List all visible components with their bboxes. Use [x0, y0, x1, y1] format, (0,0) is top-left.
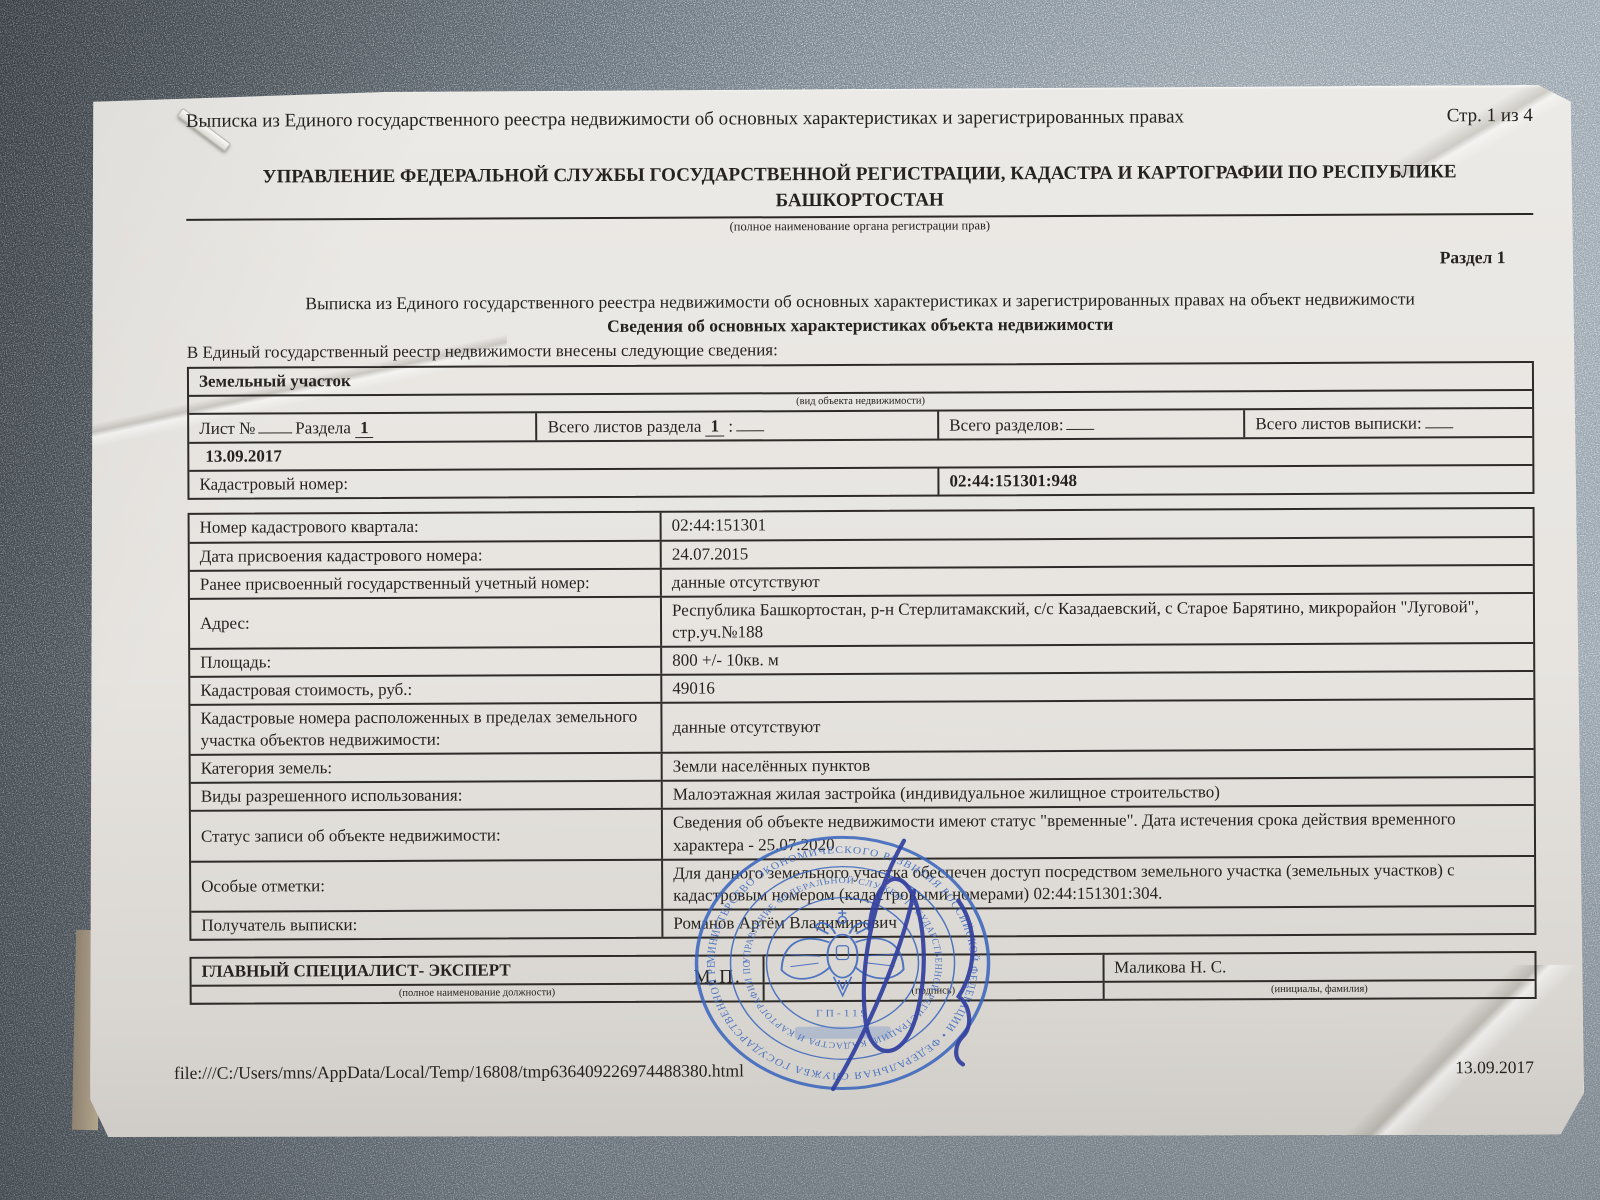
table-row: Кадастровые номера расположенных в преде…	[190, 698, 1533, 754]
field-label: Площадь:	[190, 648, 660, 676]
field-value: 49016	[660, 672, 1533, 702]
field-value: Романов Артём Владимирович	[661, 907, 1534, 937]
field-value: Малоэтажная жилая застройка (индивидуаль…	[661, 778, 1534, 808]
table-row: Особые отметки: Для данного земельного у…	[191, 855, 1534, 911]
page-header: Выписка из Единого государственного реес…	[186, 105, 1533, 133]
field-label: Номер кадастрового квартала:	[190, 513, 660, 541]
table-row: Виды разрешенного использования: Малоэта…	[191, 776, 1534, 810]
field-label: Кадастровая стоимость, руб.:	[190, 676, 660, 704]
signature-caption: (подпись)	[762, 983, 1102, 1000]
field-value: данные отсутствуют	[660, 566, 1533, 596]
cadastral-number-label: Кадастровый номер:	[189, 469, 937, 498]
signature-cell	[762, 955, 1102, 983]
position-caption: (полное наименование должности)	[192, 984, 763, 1002]
table-row: Кадастровый номер: 02:44:151301:948	[189, 464, 1532, 498]
document-title-line: Выписка из Единого государственного реес…	[186, 106, 1184, 132]
details-table: Номер кадастрового квартала: 02:44:15130…	[188, 507, 1537, 940]
razdel-value: 1	[355, 418, 374, 438]
sheet-number-cell: Лист №Раздела 1	[189, 413, 536, 442]
stamp-code: ГП-119	[816, 1008, 870, 1019]
total-sheets-label: Всего листов раздела	[548, 417, 702, 437]
total-sections-cell: Всего разделов:	[937, 410, 1243, 439]
document-content: Выписка из Единого государственного реес…	[86, 85, 1585, 1142]
org-name: УПРАВЛЕНИЕ ФЕДЕРАЛЬНОЙ СЛУЖБЫ ГОСУДАРСТВ…	[186, 159, 1533, 216]
name-caption: (инициалы, фамилия)	[1102, 981, 1535, 999]
total-sheets-cell: Всего листов раздела 1 :	[536, 412, 938, 441]
separator: :	[728, 417, 733, 436]
official-name: Маликова Н. С.	[1102, 953, 1535, 981]
blank-field	[736, 414, 764, 431]
footer-date: 13.09.2017	[1455, 1057, 1534, 1078]
section-label: Раздел 1	[186, 247, 1505, 274]
total-extract-sheets-label: Всего листов выписки:	[1255, 414, 1421, 434]
document-paper: Выписка из Единого государственного реес…	[86, 85, 1585, 1142]
characteristics-subtitle: Сведения об основных характеристиках объ…	[187, 312, 1534, 339]
field-label: Получатель выписки:	[191, 911, 661, 939]
total-sheets-value: 1	[706, 417, 725, 437]
total-sections-label: Всего разделов:	[949, 415, 1063, 434]
field-value: Сведения об объекте недвижимости имеют с…	[661, 806, 1534, 858]
field-label: Кадастровые номера расположенных в преде…	[190, 704, 660, 754]
field-label: Дата присвоения кадастрового номера:	[190, 541, 660, 569]
extract-subtitle: Выписка из Единого государственного реес…	[187, 288, 1534, 315]
stamp-smudge	[795, 1026, 891, 1038]
field-value: Для данного земельного участка обеспечен…	[661, 857, 1534, 909]
field-value: Земли населённых пунктов	[661, 750, 1534, 780]
intro-line: В Единый государственный реестр недвижим…	[187, 337, 1534, 363]
official-position: ГЛАВНЫЙ СПЕЦИАЛИСТ- ЭКСПЕРТ	[192, 956, 763, 985]
field-label: Статус записи об объекте недвижимости:	[191, 810, 661, 860]
file-url: file:///C:/Users/mns/AppData/Local/Temp/…	[174, 1060, 744, 1083]
table-row: Категория земель: Земли населённых пункт…	[191, 748, 1534, 782]
field-value: данные отсутствуют	[660, 700, 1533, 752]
field-value: 24.07.2015	[660, 537, 1533, 567]
page-indicator: Стр. 1 из 4	[1447, 105, 1533, 127]
table-row: Адрес: Республика Башкортостан, р-н Стер…	[190, 592, 1533, 648]
field-value: 800 +/- 10кв. м	[660, 644, 1533, 674]
field-label: Особые отметки:	[191, 860, 661, 910]
table-row: Ранее присвоенный государственный учетны…	[190, 564, 1533, 598]
field-label: Адрес:	[190, 597, 660, 647]
table-row: Получатель выписки: Романов Артём Владим…	[191, 905, 1534, 939]
table-row: 13.09.2017	[189, 436, 1532, 470]
field-label: Ранее присвоенный государственный учетны…	[190, 569, 660, 597]
table-row: Лист №Раздела 1 Всего листов раздела 1 :…	[189, 407, 1532, 442]
field-value: 02:44:151301	[660, 509, 1533, 539]
object-header-table: Земельный участок (вид объекта недвижимо…	[187, 361, 1535, 500]
blank-field	[1425, 411, 1453, 428]
page-footer: file:///C:/Users/mns/AppData/Local/Temp/…	[174, 1057, 1534, 1084]
mp-seal-placeholder: М.П.	[694, 966, 742, 988]
field-value: Республика Башкортостан, р-н Стерлитамак…	[660, 594, 1533, 646]
sheet-label: Лист №	[199, 419, 255, 438]
table-row: Кадастровая стоимость, руб.: 49016	[190, 670, 1533, 704]
field-label: Категория земель:	[191, 754, 661, 782]
signature-table: ГЛАВНЫЙ СПЕЦИАЛИСТ- ЭКСПЕРТ Маликова Н. …	[189, 951, 1536, 1005]
razdel-label: Раздела	[295, 418, 351, 437]
total-extract-sheets-cell: Всего листов выписки:	[1243, 409, 1532, 437]
table-row: Дата присвоения кадастрового номера: 24.…	[190, 535, 1533, 569]
blank-field	[258, 416, 292, 433]
blank-field	[1066, 413, 1094, 430]
table-row: Площадь: 800 +/- 10кв. м	[190, 642, 1533, 676]
cadastral-number-value: 02:44:151301:948	[937, 466, 1532, 495]
field-label: Виды разрешенного использования:	[191, 782, 661, 810]
table-row: Статус записи об объекте недвижимости: С…	[191, 804, 1534, 860]
